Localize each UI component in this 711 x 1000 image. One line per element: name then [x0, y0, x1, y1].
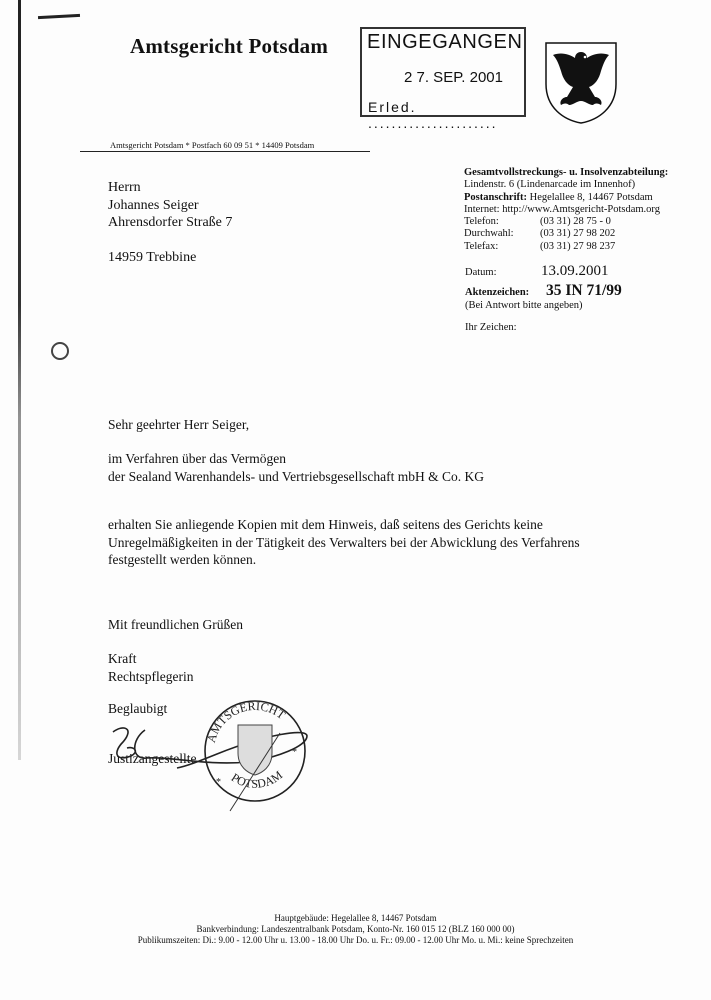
postal-value: Hegelallee 8, 14467 Potsdam: [530, 192, 653, 203]
stamp-title: EINGEGANGEN: [367, 31, 523, 54]
body-line: Unregelmäßigkeiten in der Tätigkeit des …: [108, 534, 580, 552]
brandenburg-eagle-crest-icon: [543, 40, 619, 124]
stamp-erledigt: Erled. ......................: [368, 99, 524, 131]
signer-title: Rechtspflegerin: [108, 668, 193, 686]
page-footer: Hauptgebäude: Hegelallee 8, 14467 Potsda…: [0, 913, 711, 946]
proceeding-text: im Verfahren über das Vermögen der Seala…: [108, 450, 484, 485]
signer-block: Kraft Rechtspflegerin: [108, 650, 193, 685]
recipient-salutation: Herrn: [108, 179, 232, 197]
contact-value: (03 31) 27 98 202: [540, 228, 615, 240]
contact-value: (03 31) 27 98 237: [540, 241, 615, 253]
contact-value: (03 31) 28 75 - 0: [540, 216, 611, 228]
scan-edge-line: [18, 0, 21, 760]
case-label: Aktenzeichen:: [465, 287, 546, 298]
closing: Mit freundlichen Grüßen: [108, 616, 243, 634]
recipient-street: Ahrensdorfer Straße 7: [108, 214, 232, 232]
department-title: Gesamtvollstreckungs- u. Insolvenzabteil…: [464, 167, 709, 179]
proceeding-line: im Verfahren über das Vermögen: [108, 450, 484, 468]
date-label: Datum:: [465, 267, 541, 278]
scan-mark: [38, 14, 80, 19]
department-info: Gesamtvollstreckungs- u. Insolvenzabteil…: [464, 167, 709, 253]
court-seal-icon: AMTSGERICHT POTSDAM * *: [200, 693, 310, 813]
recipient-name: Johannes Seiger: [108, 197, 232, 215]
recipient-city: 14959 Trebbine: [108, 249, 232, 267]
case-note: (Bei Antwort bitte angeben): [465, 300, 622, 311]
footer-hours: Publikumszeiten: Di.: 9.00 - 12.00 Uhr u…: [0, 935, 711, 946]
letter-body: erhalten Sie anliegende Kopien mit dem H…: [108, 516, 580, 569]
stamp-date: 2 7. SEP. 2001: [404, 69, 503, 86]
sender-return-address: Amtsgericht Potsdam * Postfach 60 09 51 …: [80, 140, 370, 152]
contact-label: Telefax:: [464, 241, 540, 253]
contact-label: Telefon:: [464, 216, 540, 228]
contact-label: Durchwahl:: [464, 228, 540, 240]
postal-label: Postanschrift:: [464, 192, 527, 203]
svg-text:*: *: [216, 777, 221, 788]
case-number: 35 IN 71/99: [546, 282, 622, 300]
body-line: erhalten Sie anliegende Kopien mit dem H…: [108, 516, 580, 534]
your-ref-label: Ihr Zeichen:: [465, 322, 622, 333]
footer-bank: Bankverbindung: Landeszentralbank Potsda…: [0, 924, 711, 935]
recipient-address: Herrn Johannes Seiger Ahrensdorfer Straß…: [108, 179, 232, 266]
debtor-name: der Sealand Warenhandels- und Vertriebsg…: [108, 468, 484, 486]
punch-hole-icon: [51, 342, 69, 360]
body-line: festgestellt werden können.: [108, 551, 580, 569]
letter-meta: Datum:13.09.2001 Aktenzeichen:35 IN 71/9…: [465, 263, 622, 333]
svg-text:*: *: [292, 747, 297, 758]
signer-name: Kraft: [108, 650, 193, 668]
court-title: Amtsgericht Potsdam: [130, 34, 328, 59]
received-stamp: EINGEGANGEN 2 7. SEP. 2001 Erled. ......…: [360, 27, 526, 117]
internet-address: Internet: http://www.Amtsgericht-Potsdam…: [464, 204, 709, 216]
department-address: Lindenstr. 6 (Lindenarcade im Innenhof): [464, 179, 709, 191]
footer-main-building: Hauptgebäude: Hegelallee 8, 14467 Potsda…: [0, 913, 711, 924]
certified-label: Beglaubigt: [108, 700, 167, 718]
date-value: 13.09.2001: [541, 263, 609, 280]
greeting: Sehr geehrter Herr Seiger,: [108, 416, 249, 434]
